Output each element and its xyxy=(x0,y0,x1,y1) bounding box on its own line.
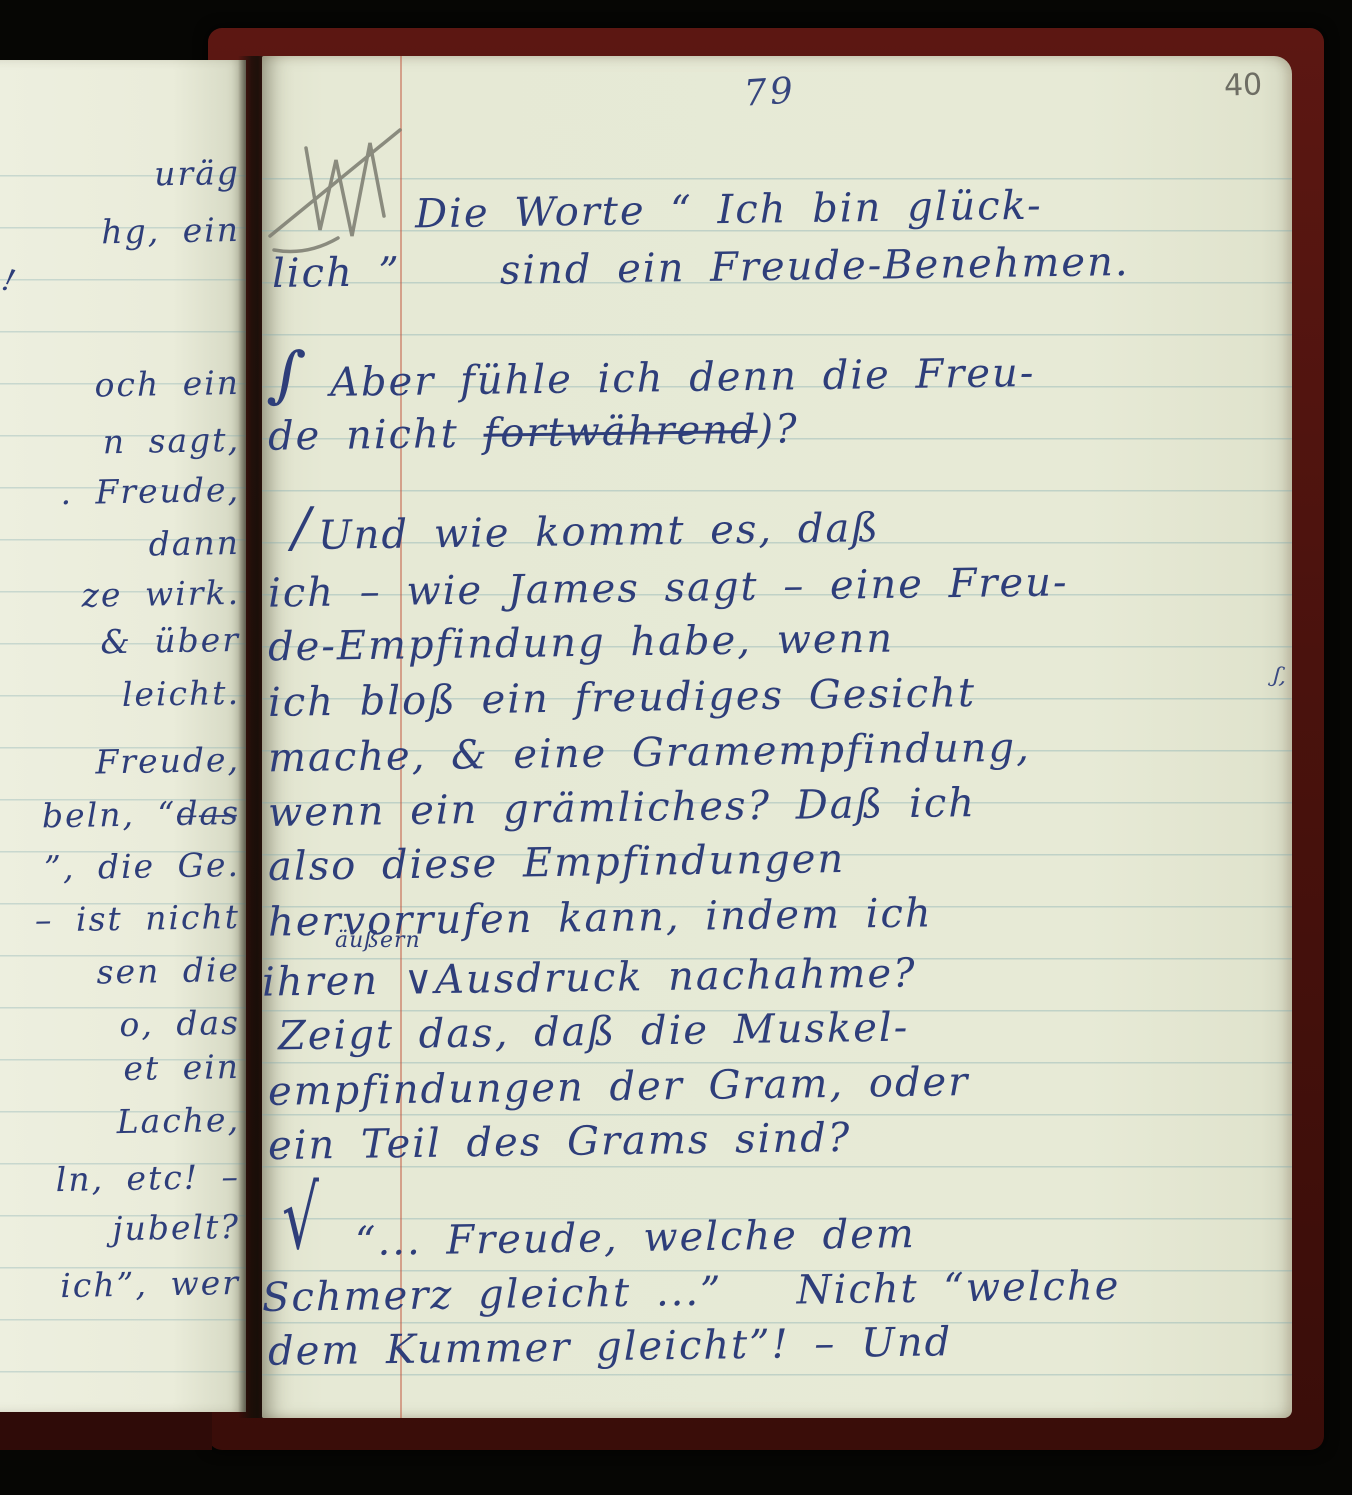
handwriting-line: Zeigt das, daß die Muskel- xyxy=(278,1008,910,1057)
page-number: 79 xyxy=(743,70,798,115)
handwriting-line: ein Teil des Grams sind? xyxy=(268,1118,852,1166)
handwriting-line: ihren ∨Ausdruck nachahme? xyxy=(262,953,917,1002)
handwriting-line: Die Worte “ Ich bin glück- xyxy=(415,186,1043,235)
handwriting-line: de-Empfindung habe, wenn xyxy=(268,619,895,668)
left-page-fragment: ich”, wer xyxy=(0,1266,244,1303)
handwriting-line: Und wie kommt es, daß xyxy=(318,508,880,556)
left-page-fragment: beln, “d̶a̶s̶ xyxy=(0,796,244,833)
left-page-fragment: leicht. xyxy=(0,676,244,713)
notebook-cover-edge-bottom-left xyxy=(0,1406,212,1450)
handwriting-line: dem Kummer gleicht”! – Und xyxy=(268,1322,953,1372)
left-page-fragment: et ein xyxy=(0,1050,244,1087)
left-page-fragment: hg, ein xyxy=(0,213,244,250)
left-page-fragment: jubelt? xyxy=(0,1210,244,1247)
left-page-fragment: – ist nicht xyxy=(0,900,244,937)
section-mark: √ xyxy=(282,1167,319,1269)
left-page-fragment: dann xyxy=(0,526,244,563)
left-page-fragment: ln, etc! – xyxy=(0,1160,244,1197)
left-page-fragment: Freude, xyxy=(0,743,244,780)
manuscript-page: 79 40 Die Worte “ Ich bin glück- lich ” … xyxy=(262,56,1292,1418)
line-text: de nicht xyxy=(268,411,484,460)
handwriting-line: mache, & eine Gramempfindung, xyxy=(268,728,1031,779)
handwriting-line: ich bloß ein freudiges Gesicht xyxy=(268,673,976,723)
section-mark: / xyxy=(292,496,310,559)
struck-word: fortwährend xyxy=(483,407,758,457)
handwriting-line: wenn ein grämliches? Daß ich xyxy=(268,783,977,833)
left-page-fragment: ze wirk. xyxy=(0,576,244,613)
left-page-fragment: & über xyxy=(0,623,244,660)
line-text: )? xyxy=(757,406,799,453)
left-page-fragment: n sagt, xyxy=(0,423,244,460)
handwriting-line: also diese Empfindungen xyxy=(268,839,846,887)
left-page-fragment: Lache, xyxy=(0,1103,244,1140)
handwriting-line: “... Freude, welche dem xyxy=(355,1214,916,1262)
left-page-fragment: ”, die Ge. xyxy=(0,848,244,885)
left-page-fragment: uräg xyxy=(0,156,244,193)
left-page-fragment: o, das xyxy=(0,1006,244,1043)
handwriting-line: lich ” sind ein Freude-Benehmen. xyxy=(272,242,1130,294)
handwriting-line: de nicht fortwährend)? xyxy=(268,409,799,456)
pencil-scribble-mark xyxy=(262,118,422,268)
handwriting-line: ich – wie James sagt – eine Freu- xyxy=(268,562,1069,613)
folio-number-pencil: 40 xyxy=(1223,67,1262,103)
left-page-fragment: . Freude, xyxy=(0,473,244,510)
manuscript-scan: uräg hg, ein ! och ein n sagt, . Freude,… xyxy=(0,0,1352,1495)
interlinear-insertion: äußern xyxy=(335,930,421,952)
left-page-sliver: uräg hg, ein ! och ein n sagt, . Freude,… xyxy=(0,60,246,1412)
handwriting-line: Aber fühle ich denn die Freu- xyxy=(330,353,1036,403)
handwriting-line: Schmerz gleicht ...” Nicht “welche xyxy=(262,1266,1121,1318)
left-page-fragment: sen die xyxy=(0,953,244,990)
handwriting-line: empfindungen der Gram, oder xyxy=(268,1062,970,1112)
left-page-fragment: och ein xyxy=(0,366,244,403)
